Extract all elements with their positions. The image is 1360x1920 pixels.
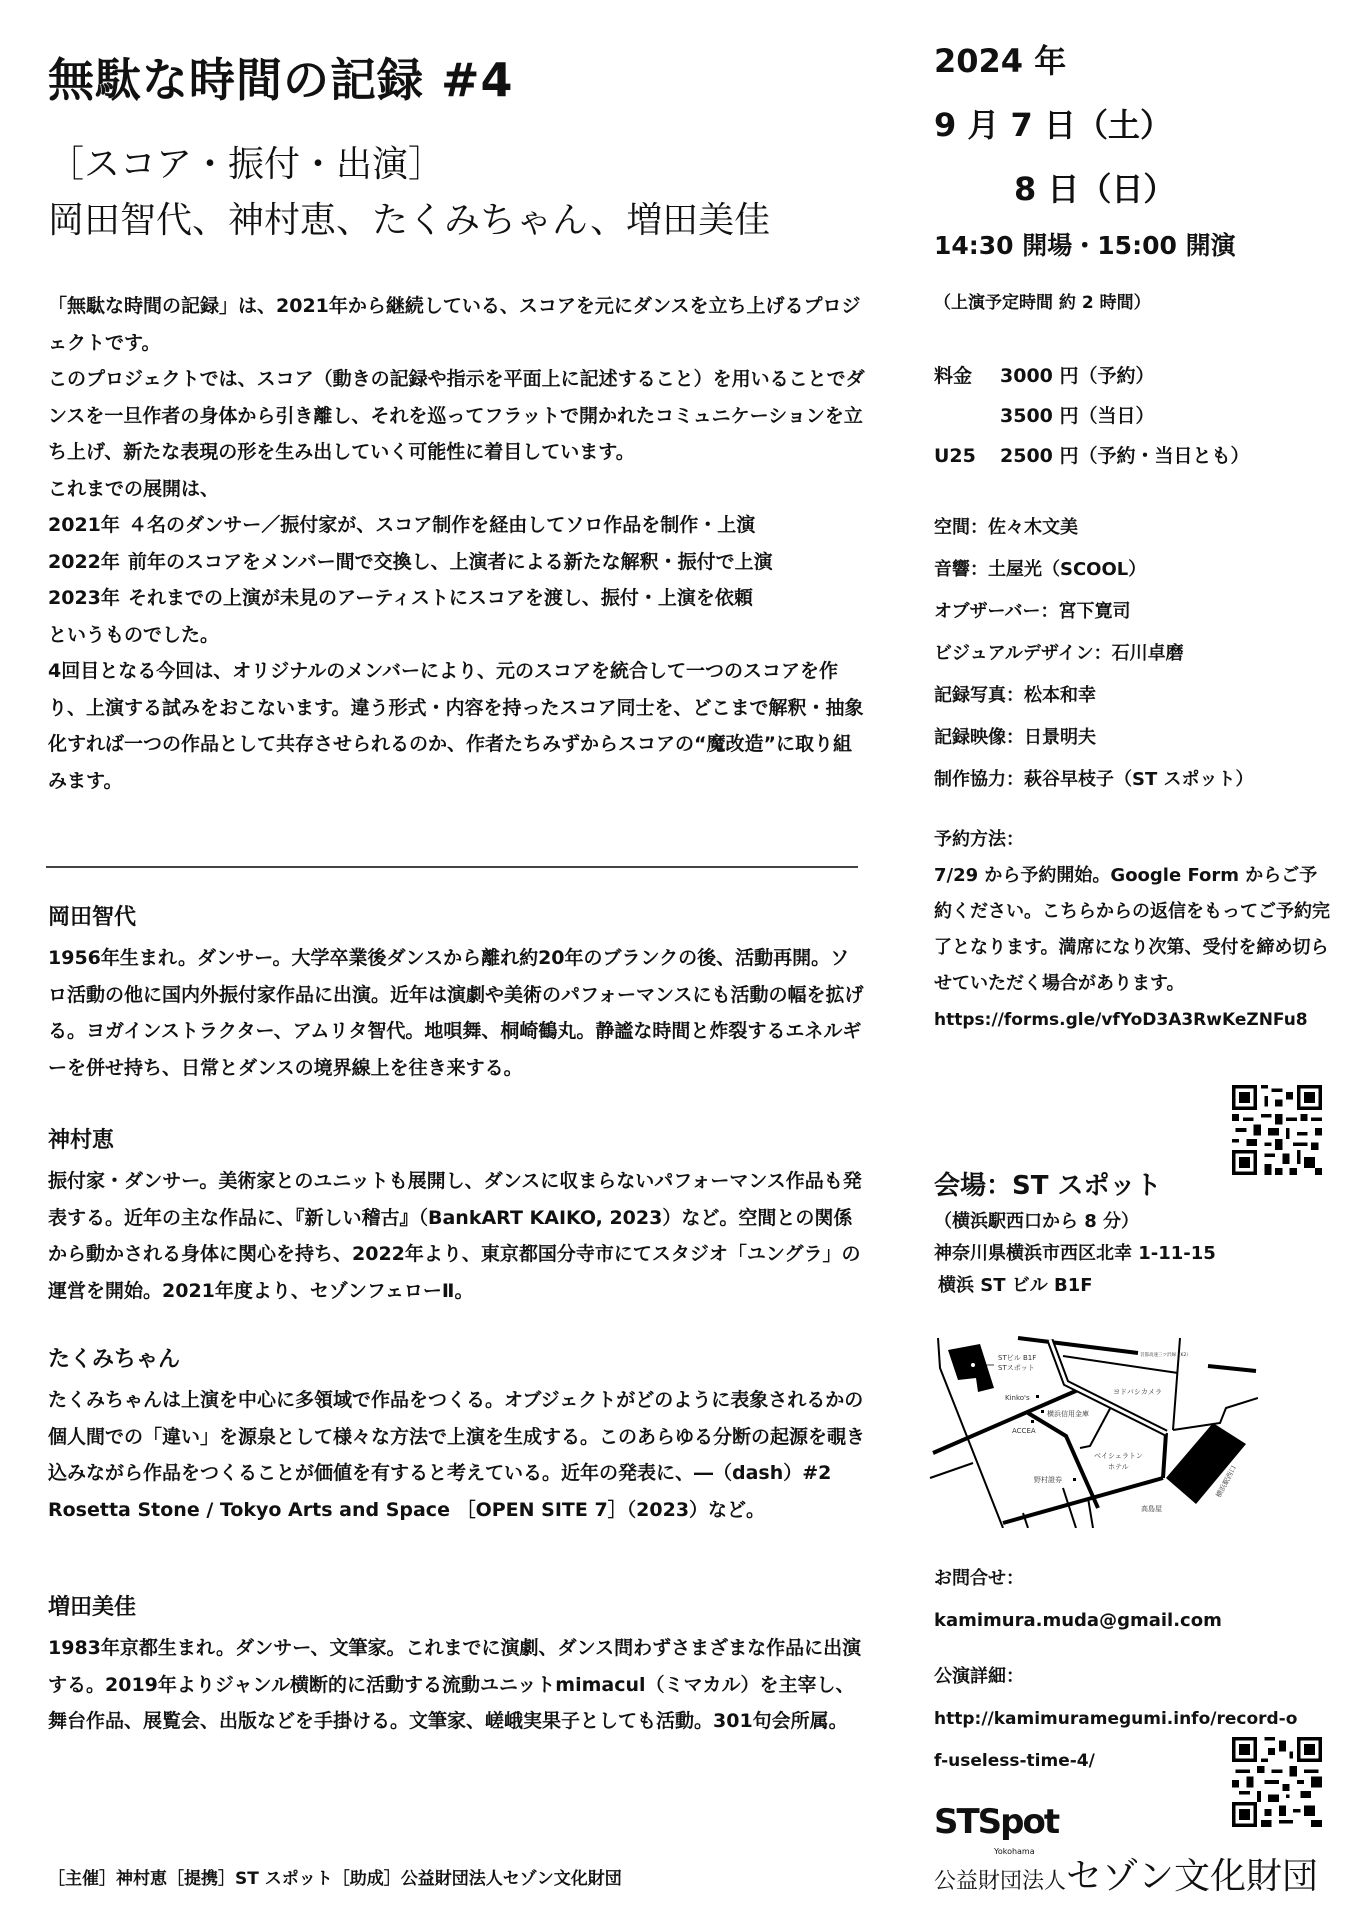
roles-label: ［スコア・振付・出演］ xyxy=(48,136,444,187)
map-label-yodobashi: ヨドバシカメラ xyxy=(1113,1388,1162,1396)
saison-logo-main: セゾン文化財団 xyxy=(1066,1856,1318,1897)
map-label-takashimaya: 高島屋 xyxy=(1141,1504,1162,1513)
history-text: ４名のダンサー／振付家が、スコア制作を経由してソロ作品を制作・上演 xyxy=(128,507,755,544)
staff-item: 空間：佐々木文美 xyxy=(934,507,1344,549)
staff-item: 音響：土屋光（SCOOL） xyxy=(934,549,1344,591)
venue-access: （横浜駅西口から 8 分） xyxy=(934,1206,1344,1238)
price-row: 料金 3000 円（予約） xyxy=(934,356,1344,396)
venue-section: 会場：ST スポット （横浜駅西口から 8 分） 神奈川県横浜市西区北幸 1-1… xyxy=(934,1166,1344,1302)
details-url-line1[interactable]: http://kamimuramegumi.info/record-o xyxy=(934,1698,1344,1740)
spacer xyxy=(934,1642,1344,1656)
event-times: 14:30 開場・15:00 開演 xyxy=(934,226,1344,262)
contact-email[interactable]: kamimura.muda@gmail.com xyxy=(934,1600,1344,1642)
bio-text: 1956年生まれ。ダンサー。大学卒業後ダンスから離れ約20年のブランクの後、活動… xyxy=(48,940,868,1086)
bio-takumichan: たくみちゃん たくみちゃんは上演を中心に多領域で作品をつくる。オブジェクトがどの… xyxy=(48,1344,868,1528)
pricing-table: 料金 3000 円（予約） 3500 円（当日） U25 2500 円（予約・当… xyxy=(934,356,1344,476)
map-label-highway: 首都高速三ツ沢線（K2） xyxy=(1140,1351,1191,1358)
price-label xyxy=(934,396,1000,436)
venue-building: 横浜 ST ビル B1F xyxy=(934,1270,1344,1302)
reservation-qr-code[interactable] xyxy=(1232,1085,1322,1175)
event-date-2: 8 日（日） xyxy=(934,164,1360,210)
map-label-accea: ACCEA xyxy=(1012,1427,1036,1435)
intro-section: 「無駄な時間の記録」は、2021年から継続している、スコアを元にダンスを立ち上げ… xyxy=(48,288,868,799)
bio-text: 振付家・ダンサー。美術家とのユニットも展開し、ダンスに収まらないパフォーマンス作… xyxy=(48,1163,868,1309)
event-duration: （上演予定時間 約 2 時間） xyxy=(934,288,1344,313)
contact-heading: お問合せ： xyxy=(934,1558,1344,1600)
venue-name: 会場：ST スポット xyxy=(934,1166,1344,1206)
intro-paragraph: このプロジェクトでは、スコア（動きの記録や指示を平面上に記述すること）を用いるこ… xyxy=(48,361,868,471)
bio-name: 岡田智代 xyxy=(48,902,868,934)
bio-name: たくみちゃん xyxy=(48,1344,868,1376)
organizer-credits: ［主催］神村恵［提携］ST スポット［助成］公益財団法人セゾン文化財団 xyxy=(48,1864,622,1889)
map-label-venue: STビル B1F xyxy=(998,1354,1036,1362)
history-row: 2023年 それまでの上演が未見のアーティストにスコアを渡し、振付・上演を依頼 xyxy=(48,580,868,617)
price-label: U25 xyxy=(934,436,1000,476)
map-label-venue2: STスポット xyxy=(998,1364,1035,1372)
map-label-nomura: 野村證券 xyxy=(1034,1475,1062,1484)
event-year: 2024 年 xyxy=(934,36,1344,82)
price-row: U25 2500 円（予約・当日とも） xyxy=(934,436,1344,476)
reservation-heading: 予約方法： xyxy=(934,822,1334,858)
reservation-url[interactable]: https://forms.gle/vfYoD3A3RwKeZNFu8 xyxy=(934,1002,1334,1038)
staff-item: ビジュアルデザイン：石川卓磨 xyxy=(934,633,1344,675)
history-row: 2022年 前年のスコアをメンバー間で交換し、上演者による新たな解釈・振付で上演 xyxy=(48,544,868,581)
bio-okada: 岡田智代 1956年生まれ。ダンサー。大学卒業後ダンスから離れ約20年のブランク… xyxy=(48,902,868,1086)
reservation-section: 予約方法： 7/29 から予約開始。Google Form からご予約ください。… xyxy=(934,822,1334,1038)
staff-credits: 空間：佐々木文美 音響：土屋光（SCOOL） オブザーバー：宮下寛司 ビジュアル… xyxy=(934,507,1344,801)
staff-item: 記録写真：松本和幸 xyxy=(934,675,1344,717)
map-label-bank: 横浜信用金庫 xyxy=(1047,1409,1089,1418)
history-year: 2021年 xyxy=(48,507,128,544)
bio-text: 1983年京都生まれ。ダンサー、文筆家。これまでに演劇、ダンス問わずさまざまな作… xyxy=(48,1630,868,1740)
saison-foundation-logo: 公益財団法人セゾン文化財団 xyxy=(934,1848,1318,1899)
history-text: それまでの上演が未見のアーティストにスコアを渡し、振付・上演を依頼 xyxy=(128,580,753,617)
history-row: 2021年 ４名のダンサー／振付家が、スコア制作を経由してソロ作品を制作・上演 xyxy=(48,507,868,544)
event-title: 無駄な時間の記録 #4 xyxy=(48,44,514,110)
bio-name: 増田美佳 xyxy=(48,1592,868,1624)
saison-logo-prefix: 公益財団法人 xyxy=(934,1869,1066,1894)
event-date-1: 9 月 7 日（土） xyxy=(934,100,1344,146)
staff-item: 記録映像：日景明夫 xyxy=(934,717,1344,759)
venue-address: 神奈川県横浜市西区北幸 1-11-15 xyxy=(934,1238,1344,1270)
intro-closing: 4回目となる今回は、オリジナルのメンバーにより、元のスコアを統合して一つのスコア… xyxy=(48,653,868,799)
map-label-hotel2: ホテル xyxy=(1108,1463,1129,1471)
history-tail: というものでした。 xyxy=(48,617,868,654)
reservation-text: 7/29 から予約開始。Google Form からご予約ください。こちらからの… xyxy=(934,858,1334,1002)
venue-map: STビル B1F STスポット 首都高速三ツ沢線（K2） ヨドバシカメラ Kin… xyxy=(928,1328,1258,1528)
intro-paragraph: これまでの展開は、 xyxy=(48,471,868,508)
intro-paragraph: 「無駄な時間の記録」は、2021年から継続している、スコアを元にダンスを立ち上げ… xyxy=(48,288,868,361)
cast-list: 岡田智代、神村恵、たくみちゃん、増田美佳 xyxy=(48,192,770,243)
staff-item: 制作協力：萩谷早枝子（ST スポット） xyxy=(934,759,1344,801)
history-year: 2022年 xyxy=(48,544,128,581)
price-label: 料金 xyxy=(934,356,1000,396)
details-heading: 公演詳細： xyxy=(934,1656,1344,1698)
bio-kamimura: 神村恵 振付家・ダンサー。美術家とのユニットも展開し、ダンスに収まらないパフォー… xyxy=(48,1125,868,1309)
history-year: 2023年 xyxy=(48,580,128,617)
map-label-hotel1: ベイシェラトン xyxy=(1094,1452,1143,1460)
bio-text: たくみちゃんは上演を中心に多領域で作品をつくる。オブジェクトがどのように表象され… xyxy=(48,1382,868,1528)
price-value: 3000 円（予約） xyxy=(1000,356,1155,396)
map-label-kinkos: Kinko's xyxy=(1005,1394,1030,1402)
details-qr-code[interactable] xyxy=(1232,1737,1322,1827)
price-value: 3500 円（当日） xyxy=(1000,396,1155,436)
staff-item: オブザーバー：宮下寛司 xyxy=(934,591,1344,633)
section-divider xyxy=(46,866,858,868)
history-text: 前年のスコアをメンバー間で交換し、上演者による新たな解釈・振付で上演 xyxy=(128,544,773,581)
price-row: 3500 円（当日） xyxy=(934,396,1344,436)
price-value: 2500 円（予約・当日とも） xyxy=(1000,436,1250,476)
bio-masuda: 増田美佳 1983年京都生まれ。ダンサー、文筆家。これまでに演劇、ダンス問わずさ… xyxy=(48,1592,868,1740)
bio-name: 神村恵 xyxy=(48,1125,868,1157)
